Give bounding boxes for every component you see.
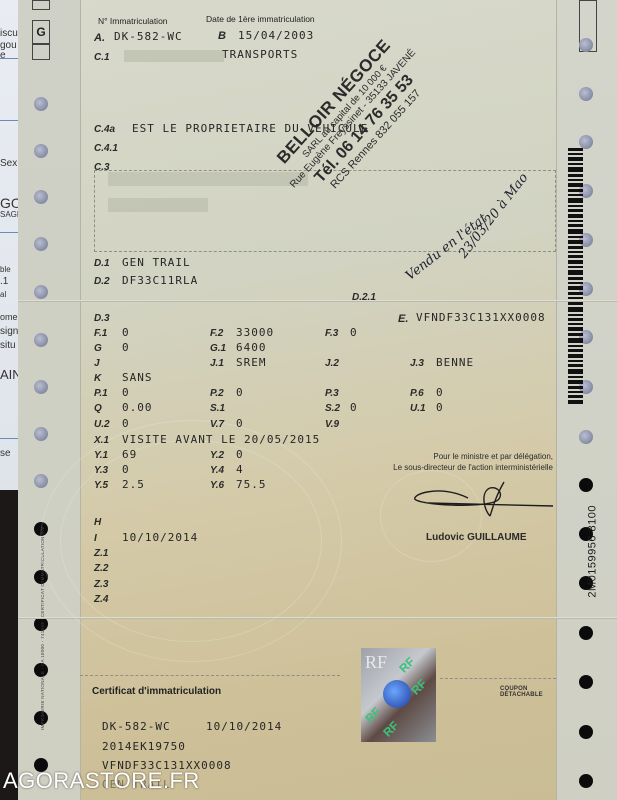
coupon-date: 10/10/2014 [206, 720, 282, 733]
background-text: ome [0, 312, 18, 322]
field-f3: 0 [350, 326, 358, 339]
perforation-hole [579, 675, 593, 689]
perforation-hole [579, 725, 593, 739]
field-code: C.1 [94, 52, 110, 63]
field-code: Q [94, 403, 102, 414]
field-y6: 75.5 [236, 478, 267, 491]
field-g: 0 [122, 341, 130, 354]
background-text: e [0, 50, 6, 61]
perforation-hole [34, 474, 48, 488]
registration-certificate: G IMPRIMERIE NATIONALE - DA 18000 - 7415… [18, 0, 617, 800]
redacted-address [108, 198, 208, 212]
right-perforated-strip [556, 0, 617, 800]
perforation-hole [579, 135, 593, 149]
field-code: V.9 [325, 419, 339, 430]
coupon-title: Certificat d'immatriculation [92, 686, 221, 697]
field-code: Y.1 [94, 450, 108, 461]
field-code: Z.4 [94, 594, 108, 605]
coupon-plate: DK-582-WC [102, 720, 171, 733]
field-code: Y.6 [210, 480, 224, 491]
redacted-owner [124, 50, 224, 62]
field-j1: SREM [236, 356, 267, 369]
field-code: D.2 [94, 276, 110, 287]
field-g1: 6400 [236, 341, 267, 354]
perforation-hole [34, 237, 48, 251]
field-a-plate: DK-582-WC [114, 30, 183, 43]
field-v7: 0 [236, 417, 244, 430]
field-code: E. [398, 313, 408, 325]
field-code: J.3 [410, 358, 424, 369]
field-code: P.6 [410, 388, 424, 399]
field-code: P.1 [94, 388, 108, 399]
first-registration-label: Date de 1ère immatriculation [206, 14, 315, 24]
field-code: Z.2 [94, 563, 108, 574]
field-code: D.3 [94, 313, 110, 324]
field-p6: 0 [436, 386, 444, 399]
field-u2: 0 [122, 417, 130, 430]
perforation-hole [579, 774, 593, 788]
globe-icon [383, 680, 411, 708]
field-u1: 0 [436, 401, 444, 414]
coupon-form-number: 2014EK19750 [102, 740, 186, 753]
perforation-hole [579, 478, 593, 492]
field-code: F.1 [94, 328, 107, 339]
field-q: 0.00 [122, 401, 153, 414]
hologram-text: RF [396, 654, 417, 675]
field-k: SANS [122, 371, 153, 384]
perforation-hole [34, 333, 48, 347]
field-code: Z.3 [94, 579, 108, 590]
background-text: .1 [0, 276, 8, 287]
field-code: J [94, 358, 100, 369]
field-code: S.1 [210, 403, 225, 414]
signer-line-2: Le sous-directeur de l'action interminis… [393, 463, 553, 472]
field-code: V.7 [210, 419, 224, 430]
field-s2: 0 [350, 401, 358, 414]
field-code: Y.3 [94, 465, 108, 476]
field-code: U.2 [94, 419, 110, 430]
field-code: F.2 [210, 328, 223, 339]
registration-label: N° Immatriculation [98, 16, 168, 26]
perforation-hole [34, 97, 48, 111]
perforation-hole [579, 87, 593, 101]
tab-letter: G [32, 20, 50, 44]
field-y5: 2.5 [122, 478, 145, 491]
field-j3: BENNE [436, 356, 474, 369]
field-code: X.1 [94, 435, 109, 446]
coupon-cut-line [440, 678, 556, 679]
security-hologram: RF RF RF RF RF [361, 648, 436, 742]
coupon-label: COUPON DÉTACHABLE [500, 686, 557, 698]
field-code: Y.5 [94, 480, 108, 491]
field-code: P.2 [210, 388, 224, 399]
field-b-first-registration: 15/04/2003 [238, 29, 314, 42]
signer-line-1: Pour le ministre et par délégation, [433, 452, 553, 461]
field-code: K [94, 373, 101, 384]
field-p2: 0 [236, 386, 244, 399]
field-code: B [218, 30, 226, 42]
field-code: S.2 [325, 403, 340, 414]
field-y4: 4 [236, 463, 244, 476]
perforation-hole [34, 190, 48, 204]
background-text: ble [0, 265, 11, 274]
background-text: situ [0, 340, 16, 351]
barcode [568, 148, 583, 448]
serial-number: 2M0159956 8100 [587, 505, 599, 598]
field-f2: 33000 [236, 326, 274, 339]
watermark: AGORASTORE.FR [3, 768, 200, 794]
perforation-hole [34, 427, 48, 441]
field-code: Z.1 [94, 548, 108, 559]
field-y3: 0 [122, 463, 130, 476]
field-y2: 0 [236, 448, 244, 461]
field-y1: 69 [122, 448, 137, 461]
field-code: P.3 [325, 388, 339, 399]
field-p1: 0 [122, 386, 130, 399]
hologram-text: RF [365, 652, 387, 673]
field-c1-owner: TRANSPORTS [222, 48, 298, 61]
hologram-text: RF [362, 704, 383, 725]
field-code: I [94, 533, 97, 544]
field-code: D.2.1 [352, 292, 376, 303]
field-code: F.3 [325, 328, 338, 339]
background-text: iscu [0, 28, 18, 39]
coupon-cut-line [80, 675, 340, 676]
field-code: J.2 [325, 358, 339, 369]
field-x1-inspection: VISITE AVANT LE 20/05/2015 [122, 433, 320, 446]
field-code: C.4a [94, 124, 115, 135]
background-text: Sex [0, 158, 17, 169]
background-text: al [0, 290, 6, 299]
field-code: D.1 [94, 258, 110, 269]
tab-box [32, 0, 50, 10]
signer-name: Ludovic GUILLAUME [426, 532, 527, 543]
tab-box [32, 44, 50, 60]
field-code: U.1 [410, 403, 426, 414]
signature-icon [408, 478, 558, 528]
field-code: Y.2 [210, 450, 224, 461]
perforation-hole [34, 144, 48, 158]
hologram-text: RF [408, 676, 429, 697]
field-e-vin: VFNDF33C131XX0008 [416, 311, 546, 324]
field-code: G [94, 343, 102, 354]
field-code: G.1 [210, 343, 226, 354]
field-code: C.4.1 [94, 143, 118, 154]
field-d2-type: DF33C11RLA [122, 274, 198, 287]
perforation-hole [579, 38, 593, 52]
field-i-certificate-date: 10/10/2014 [122, 531, 198, 544]
field-f1: 0 [122, 326, 130, 339]
background-text: sign [0, 326, 18, 337]
hologram-text: RF [380, 718, 401, 739]
background-text: se [0, 448, 11, 459]
dark-background [0, 490, 20, 800]
field-code: A. [94, 32, 105, 44]
field-d1-make: GEN TRAIL [122, 256, 191, 269]
perforation-hole [34, 285, 48, 299]
perforation-hole [34, 380, 48, 394]
left-perforated-strip: G IMPRIMERIE NATIONALE - DA 18000 - 7415… [18, 0, 81, 800]
field-code: H [94, 517, 101, 528]
field-code: J.1 [210, 358, 224, 369]
field-code: Y.4 [210, 465, 224, 476]
perforation-hole [579, 626, 593, 640]
